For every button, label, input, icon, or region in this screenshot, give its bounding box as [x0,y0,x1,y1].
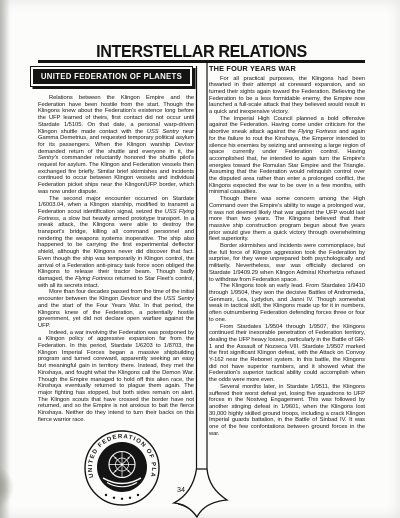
star-dot [129,497,131,499]
paragraph: From Stardates 1/9504 through 1/9507, th… [209,324,365,384]
column-divider: 34 [168,60,232,518]
paragraph: Though there was some concern among the … [209,196,365,243]
right-column: THE FOUR YEARS WAR For all practical pur… [209,64,365,437]
document-page: INTERSTELLAR RELATIONS UNITED FEDERATION… [0,0,400,518]
star-dot [105,494,107,496]
page-title: INTERSTELLAR RELATIONS [96,41,307,61]
star-dot [137,494,139,496]
globe-star [128,457,130,459]
scan-smudge [0,466,14,508]
section-heading: THE FOUR YEARS WAR [209,64,365,73]
ufp-seal: UNITED FEDERATION OF PLANETS [82,428,162,508]
globe-center-dot [121,463,123,465]
paragraph: For all practical purposes, the Klingons… [209,76,365,116]
star-dot [121,498,123,500]
globe-icon [109,452,135,478]
page-number: 34 [177,485,185,494]
right-column-body: For all practical purposes, the Klingons… [209,76,365,438]
paragraph: Border skirmishes and incidents were com… [209,243,365,283]
section-banner-label: UNITED FEDERATION OF PLANETS [33,69,190,84]
globe-star [128,470,130,472]
paragraph: The Imperial High Council planned a bold… [209,116,365,196]
globe-star [115,457,117,459]
paragraph: The Klingons took an early lead. From St… [209,283,365,323]
star-dot [113,497,115,499]
paragraph: Several months later, in Stardate 1/9511… [209,384,365,438]
scan-edge [0,0,10,518]
globe-star [115,470,117,472]
